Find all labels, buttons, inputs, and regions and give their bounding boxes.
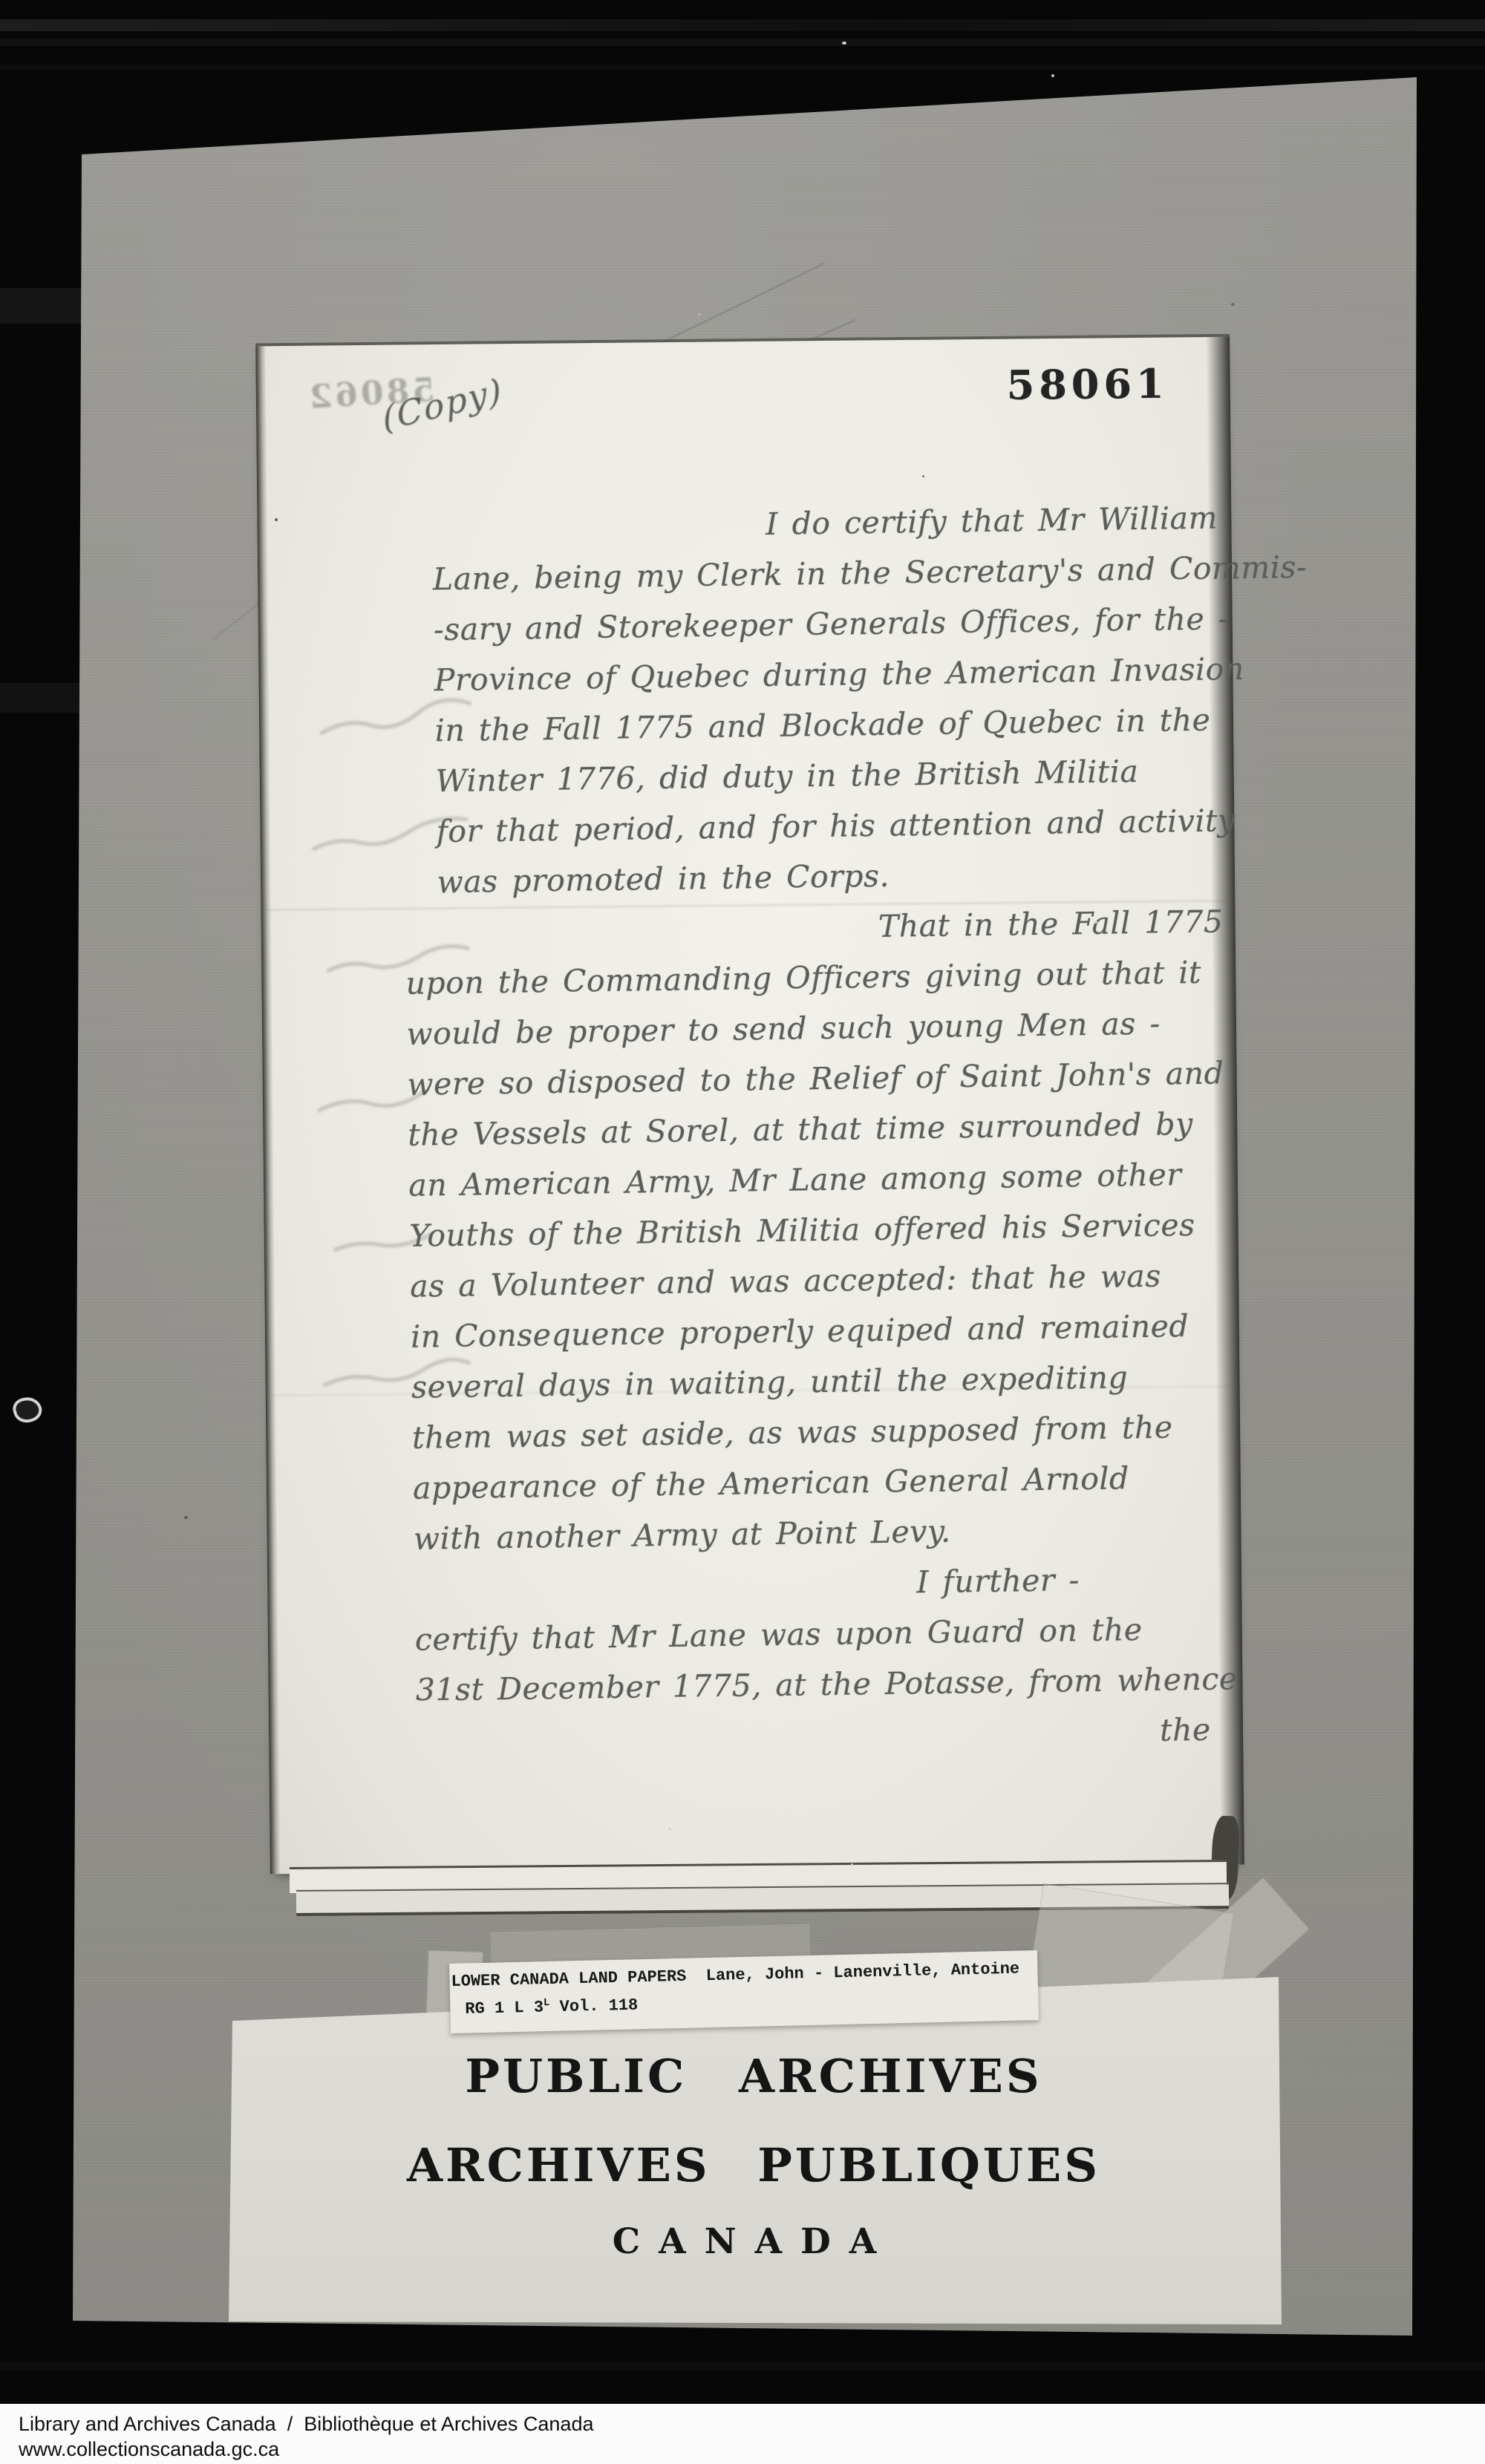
- reference-label-callnumber: RG 1 L 3: [465, 1998, 544, 2018]
- film-artifact: [10, 1393, 45, 1425]
- film-streak: [0, 683, 82, 713]
- dust-speck: [184, 1516, 188, 1519]
- handwriting-line: the: [416, 1704, 1239, 1765]
- archives-label-line2: ARCHIVES PUBLIQUES: [219, 2138, 1288, 2192]
- film-streak: [0, 2361, 1485, 2371]
- page-number-stamp: 58061: [1006, 360, 1168, 409]
- dust-speck: [1393, 89, 1395, 91]
- footer-bar: Library and Archives Canada / Bibliothèq…: [0, 2404, 1485, 2464]
- handwriting-block: I do certify that Mr WilliamLane, being …: [399, 492, 1240, 1765]
- dust-speck: [275, 518, 278, 521]
- dust-speck: [1094, 921, 1097, 924]
- dust-speck: [1051, 74, 1054, 77]
- dust-speck: [922, 475, 924, 477]
- reference-label-line2: RG 1 L 3L Vol. 118: [465, 1995, 638, 2019]
- footer-credit-line: Library and Archives Canada / Bibliothèq…: [19, 2413, 593, 2436]
- film-streak: [0, 39, 1485, 46]
- reference-label: LOWER CANADA LAND PAPERS Lane, John - La…: [449, 1950, 1039, 2033]
- film-streak: [0, 65, 1485, 70]
- dust-speck: [1231, 303, 1235, 306]
- dust-speck: [698, 313, 701, 316]
- dust-speck: [851, 1863, 853, 1866]
- reference-label-volume: Vol. 118: [549, 1996, 638, 2017]
- scanned-photograph: 58062 (Copy) 58061 I do certify that Mr …: [0, 0, 1485, 2464]
- reference-label-line1: LOWER CANADA LAND PAPERS Lane, John - La…: [451, 1960, 1019, 1991]
- document-page: 58062 (Copy) 58061 I do certify that Mr …: [255, 334, 1244, 1874]
- film-streak: [0, 19, 1485, 31]
- footer-url: www.collectionscanada.gc.ca: [19, 2438, 279, 2461]
- dust-speck: [668, 1828, 671, 1830]
- dust-speck: [842, 42, 846, 45]
- archives-label-line3: CANADA: [219, 2221, 1288, 2262]
- film-streak: [0, 288, 83, 324]
- archives-label-line1: PUBLIC ARCHIVES: [219, 2049, 1288, 2103]
